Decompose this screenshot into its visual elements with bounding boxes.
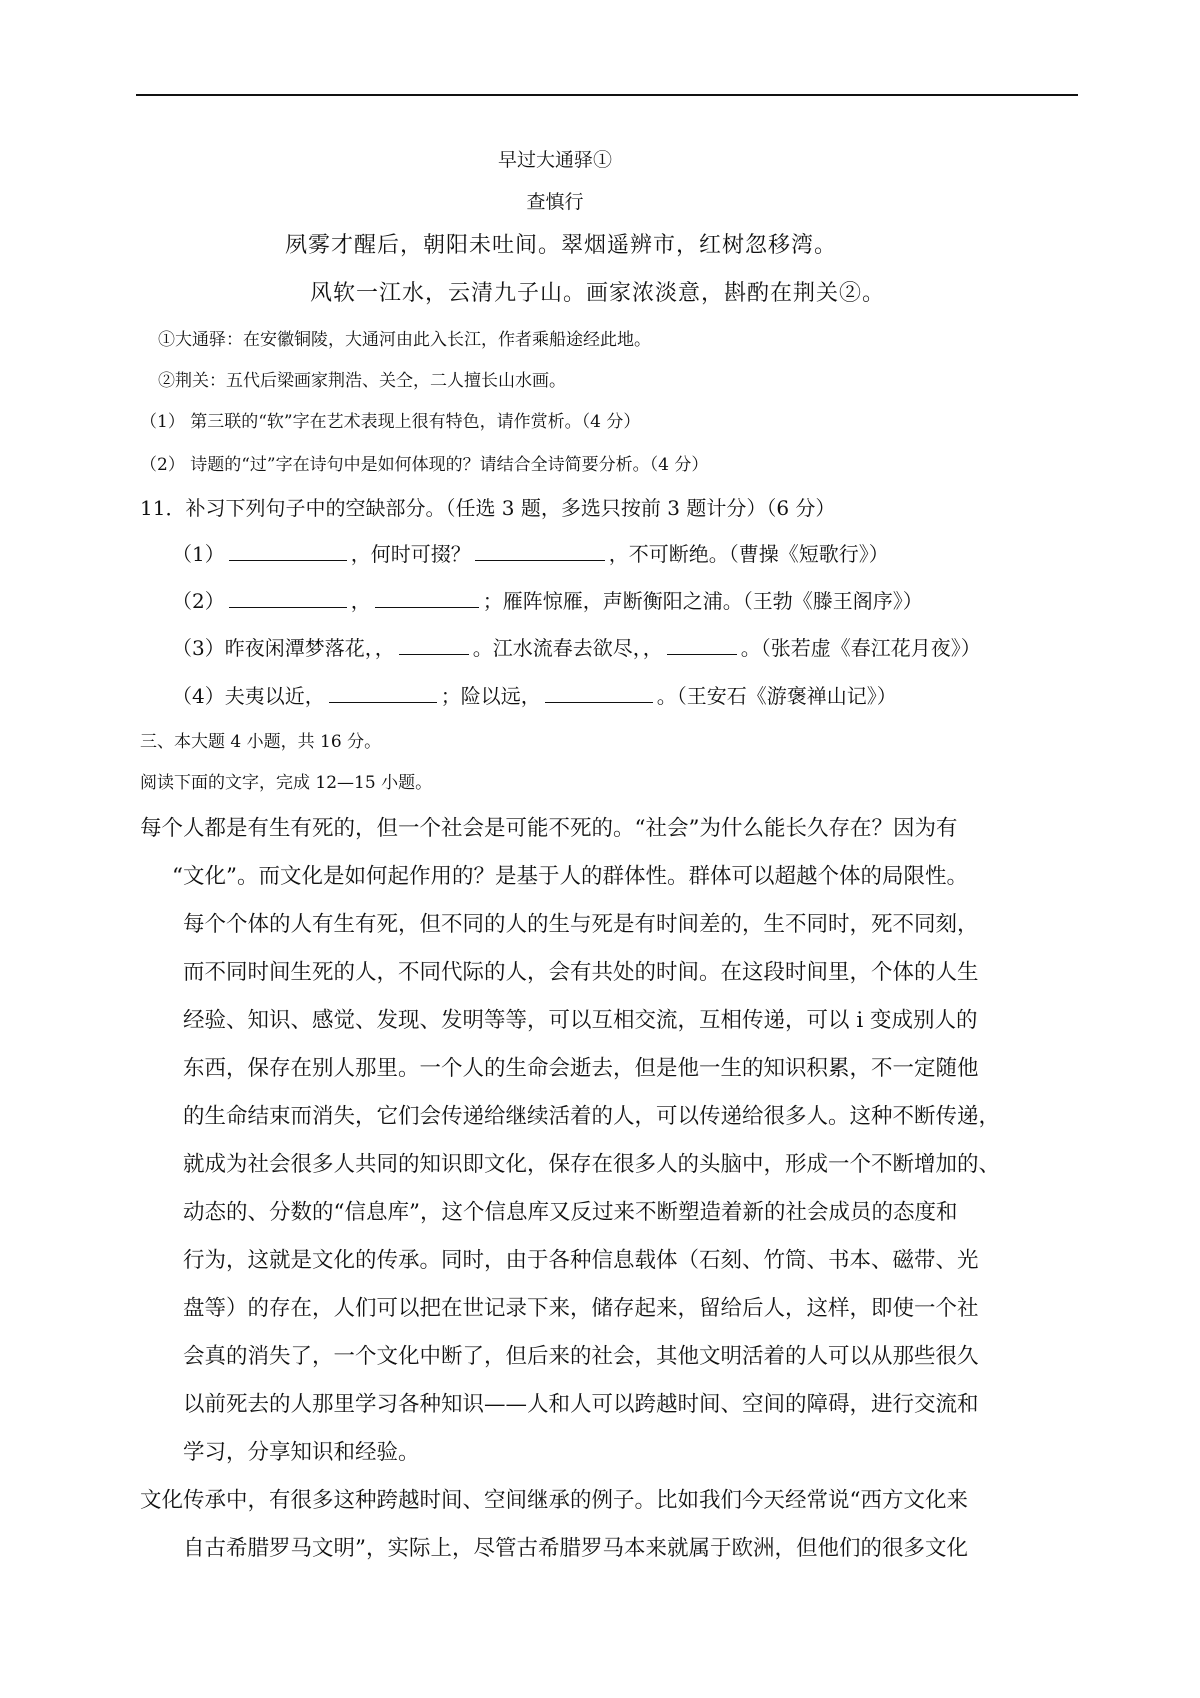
question-11-stem: 11．补习下列句子中的空缺部分。（任选 3 题，多选只按前 3 题计分）（6 分… <box>140 492 835 521</box>
passage-line: 以前死去的人那里学习各种知识——人和人可以跨越时间、空间的障碍，进行交流和 <box>183 1387 979 1418</box>
section-heading: 三、本大题 4 小题，共 16 分。 <box>140 727 381 752</box>
question-10-2: （2） 诗题的“过”字在诗句中是如何体现的？请结合全诗简要分析。（4 分） <box>140 450 708 475</box>
fill-blank[interactable] <box>667 636 737 655</box>
poem-title: 早过大通驿① <box>0 145 1200 172</box>
footnote-1: ①大通驿：在安徽铜陵，大通河由此入长江，作者乘船途经此地。 <box>158 325 651 350</box>
fill-item-3: （3）昨夜闲潭梦落花，，。江水流春去欲尽，，。（张若虚《春江花月夜》） <box>172 632 981 661</box>
passage-line: 就成为社会很多人共同的知识即文化，保存在很多人的头脑中，形成一个不断增加的、 <box>183 1147 1000 1178</box>
fill-blank[interactable] <box>375 589 479 608</box>
passage-line: 动态的、分数的“信息库”，这个信息库又反过来不断塑造着新的社会成员的态度和 <box>183 1195 958 1226</box>
passage-line: 会真的消失了，一个文化中断了，但后来的社会，其他文明活着的人可以从那些很久 <box>183 1339 979 1370</box>
passage-line: 每个个体的人有生有死，但不同的人的生与死是有时间差的，生不同时，死不同刻， <box>183 907 979 938</box>
poem-line-2: 风软一江水，云清九子山。画家浓淡意，斟酌在荆关②。 <box>310 276 885 307</box>
fill-blank[interactable] <box>229 589 347 608</box>
footnote-2: ②荆关：五代后梁画家荆浩、关仝，二人擅长山水画。 <box>158 366 566 391</box>
fill-blank[interactable] <box>229 542 347 561</box>
passage-line: 盘等）的存在，人们可以把在世记录下来，储存起来，留给后人，这样，即使一个社 <box>183 1291 979 1322</box>
passage-line: 行为，这就是文化的传承。同时，由于各种信息载体（石刻、竹筒、书本、磁带、光 <box>183 1243 979 1274</box>
reading-instruction: 阅读下面的文字，完成 12—15 小题。 <box>140 768 432 793</box>
passage-line: 每个人都是有生有死的，但一个社会是可能不死的。“社会”为什么能长久存在？因为有 <box>140 811 958 842</box>
passage-line: 而不同时间生死的人，不同代际的人，会有共处的时间。在这段时间里，个体的人生 <box>183 955 979 986</box>
fill-item-1: （1），何时可掇？，不可断绝。（曹操《短歌行》） <box>172 538 889 567</box>
fill-blank[interactable] <box>545 684 653 703</box>
fill-blank[interactable] <box>399 636 469 655</box>
header-rule <box>136 94 1078 96</box>
poem-line-1: 夙雾才醒后，朝阳未吐间。翠烟遥辨市，红树忽移湾。 <box>285 228 837 259</box>
passage-line: 的生命结束而消失，它们会传递给继续活着的人，可以传递给很多人。这种不断传递， <box>183 1099 1000 1130</box>
passage-line: 经验、知识、感觉、发现、发明等等，可以互相交流，互相传递，可以 i 变成别人的 <box>183 1003 978 1034</box>
fill-blank[interactable] <box>475 542 605 561</box>
fill-item-4: （4）夫夷以近，；险以远，。（王安石《游褒禅山记》） <box>172 680 897 709</box>
passage-line: 文化传承中，有很多这种跨越时间、空间继承的例子。比如我们今天经常说“西方文化来 <box>140 1483 968 1514</box>
question-10-1: （1） 第三联的“软”字在艺术表现上很有特色，请作赏析。（4 分） <box>140 407 640 432</box>
poem-author: 查慎行 <box>0 187 1200 214</box>
passage-line: “文化”。而文化是如何起作用的？是基于人的群体性。群体可以超越个体的局限性。 <box>172 859 968 890</box>
passage-line: 东西，保存在别人那里。一个人的生命会逝去，但是他一生的知识积累，不一定随他 <box>183 1051 979 1082</box>
passage-line: 自古希腊罗马文明”，实际上，尽管古希腊罗马本来就属于欧洲，但他们的很多文化 <box>183 1531 968 1562</box>
passage-line: 学习，分享知识和经验。 <box>183 1435 420 1466</box>
fill-blank[interactable] <box>329 684 437 703</box>
fill-item-2: （2），；雁阵惊雁，声断衡阳之浦。（王勃《滕王阁序》） <box>172 585 923 614</box>
